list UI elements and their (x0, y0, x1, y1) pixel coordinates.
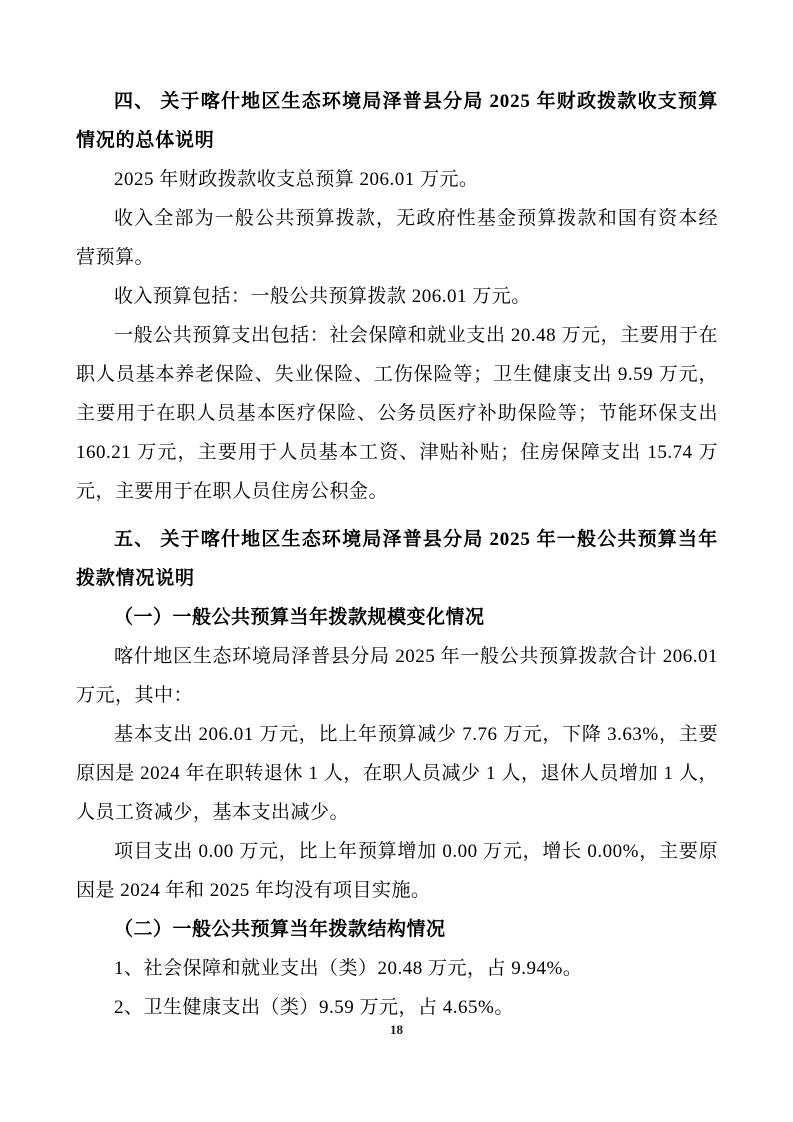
paragraph-basic-expenditure: 基本支出 206.01 万元，比上年预算减少 7.76 万元，下降 3.63%，… (76, 715, 718, 832)
document-page: 四、 关于喀什地区生态环境局泽普县分局 2025 年财政拨款收支预算情况的总体说… (0, 0, 793, 1122)
section-heading-fiscal-appropriation-overview: 四、 关于喀什地区生态环境局泽普县分局 2025 年财政拨款收支预算情况的总体说… (76, 82, 718, 160)
paragraph-income-source: 收入全部为一般公共预算拨款，无政府性基金预算拨款和国有资本经营预算。 (76, 199, 718, 277)
subsection-heading-structure: （二）一般公共预算当年拨款结构情况 (76, 910, 718, 949)
page-number: 18 (0, 1022, 793, 1038)
paragraph-total-budget: 2025 年财政拨款收支总预算 206.01 万元。 (76, 160, 718, 199)
subsection-heading-scale-change: （一）一般公共预算当年拨款规模变化情况 (76, 598, 718, 637)
document-content: 四、 关于喀什地区生态环境局泽普县分局 2025 年财政拨款收支预算情况的总体说… (76, 82, 718, 1027)
paragraph-income-budget: 收入预算包括：一般公共预算拨款 206.01 万元。 (76, 277, 718, 316)
paragraph-item-social-security: 1、社会保障和就业支出（类）20.48 万元，占 9.94%。 (76, 949, 718, 988)
paragraph-appropriation-total: 喀什地区生态环境局泽普县分局 2025 年一般公共预算拨款合计 206.01 万… (76, 637, 718, 715)
section-heading-current-year-appropriation: 五、 关于喀什地区生态环境局泽普县分局 2025 年一般公共预算当年拨款情况说明 (76, 520, 718, 598)
paragraph-project-expenditure: 项目支出 0.00 万元，比上年预算增加 0.00 万元，增长 0.00%，主要… (76, 832, 718, 910)
paragraph-expenditure-breakdown: 一般公共预算支出包括：社会保障和就业支出 20.48 万元，主要用于在职人员基本… (76, 316, 718, 511)
